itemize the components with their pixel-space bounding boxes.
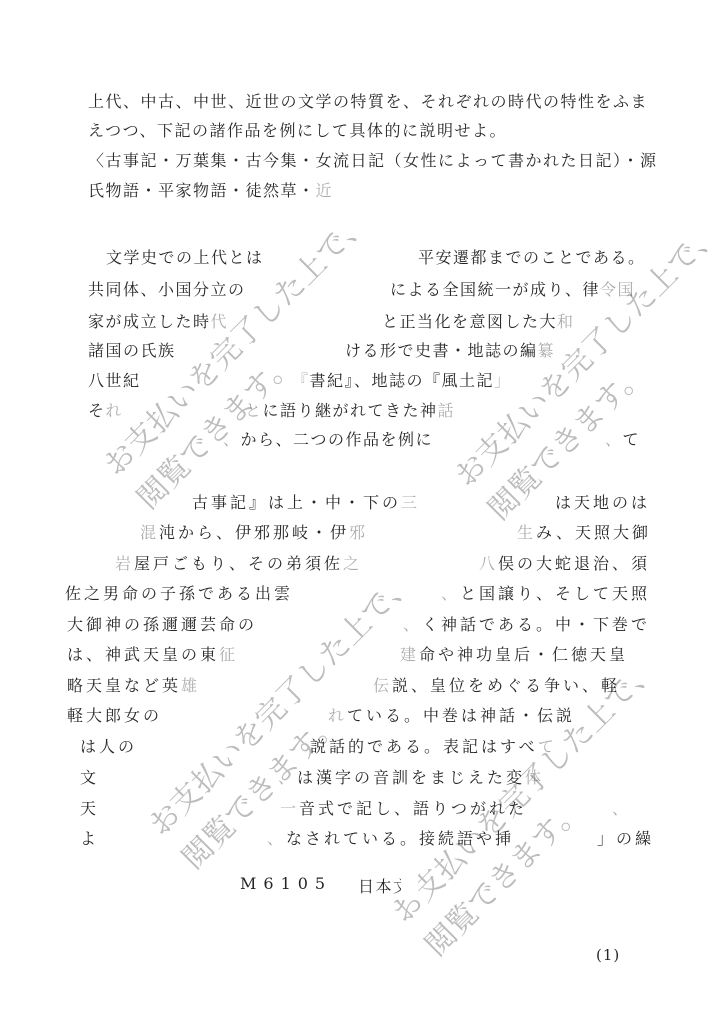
text: 家が成立した時	[88, 312, 211, 331]
text: 佐之男命の子孫である出雲	[65, 584, 293, 603]
text: 文学史での上代とは	[106, 248, 264, 267]
ghost-text: 、	[267, 829, 286, 848]
text: 軽大郎女の	[67, 706, 162, 725]
ghost-text: 三	[401, 493, 420, 512]
ghost-text: 邪	[349, 523, 368, 542]
text: 〈古事記・万葉集・古今集・女流日記（女性によって書かれた日記）・源	[88, 151, 658, 170]
ghost-text: 雄	[181, 676, 200, 695]
ghost-text: 、	[612, 799, 631, 818]
ghost-text: 体	[525, 768, 544, 787]
text: は漢字の音訓をまじえた変	[297, 768, 525, 787]
text: く神話である。中・下巻で	[422, 615, 650, 634]
text: は人の	[80, 737, 137, 756]
text-fragment: 生み、天照大御	[517, 520, 651, 543]
text-fragment: と正当化を意図した大和	[382, 309, 575, 332]
text-fragment: えつつ、下記の諸作品を例にして具体的に説明せよ。	[88, 118, 507, 141]
ghost-text: 伝	[373, 676, 392, 695]
text-fragment: れている。中巻は神話・伝説	[328, 703, 575, 726]
text-fragment: 、く神話である。中・下巻で	[403, 612, 650, 635]
ghost-text: て	[538, 737, 557, 756]
text: 屋戸ごもり、その弟須佐	[134, 554, 343, 573]
text-fragment: 軽大郎女の	[67, 703, 162, 726]
text-fragment: 氏物語・平家物語・徒然草・近	[88, 178, 333, 201]
text-fragment: 文	[80, 765, 99, 788]
text: に語り継がれてきた神	[263, 401, 438, 420]
text: 氏物語・平家物語・徒然草・	[88, 181, 316, 200]
text-fragment: 、て	[605, 427, 640, 450]
text: み、天照大御	[536, 523, 651, 542]
ghost-text: 混	[140, 523, 159, 542]
text-fragment: 、は漢字の音訓をまじえた変体	[278, 765, 544, 788]
text-fragment: 建命や神功皇后・仁徳天皇	[400, 642, 628, 665]
ghost-text: 岩	[115, 554, 134, 573]
text: 」の繰	[597, 829, 654, 848]
text-fragment: 共同体、小国分立の	[88, 277, 246, 300]
text: 上代、中古、中世、近世の文学の特質を、それぞれの時代の特性をふま	[88, 92, 648, 111]
text-fragment: 説話的である。表記はすべて	[310, 734, 557, 757]
text-fragment: ける形で史書・地誌の編纂	[345, 338, 555, 361]
text: は、神武天皇の東	[67, 645, 219, 664]
text: から、二つの作品を例に	[241, 430, 434, 449]
text-fragment: による全国統一が成り、律令国	[390, 277, 635, 300]
text: ける形で史書・地誌の編	[345, 341, 538, 360]
text-fragment: 家が成立した時代	[88, 309, 228, 332]
text-fragment: 、と国譲り、そして天照	[441, 581, 650, 604]
text: と国譲り、そして天照	[460, 584, 650, 603]
ghost-text: と	[245, 401, 263, 420]
text-fragment: 略天皇など英雄	[67, 673, 200, 696]
ghost-text: 、	[223, 430, 241, 449]
text: 共同体、小国分立の	[88, 280, 246, 299]
text-fragment: 平安遷都までのことである。	[418, 245, 646, 268]
document-page: お支払いを完了した上で、 閲覧できます。 お支払いを完了した上で、 閲覧できます…	[0, 0, 724, 1024]
text-fragment: 伝説、皇位をめぐる争い、軽	[373, 673, 620, 696]
ghost-text: 、	[403, 615, 422, 634]
text-fragment: 大御神の孫邇邇芸命の	[67, 612, 257, 635]
text: 略天皇など英	[67, 676, 181, 695]
ghost-text: 建	[400, 645, 419, 664]
text-fragment: 〈古事記・万葉集・古今集・女流日記（女性によって書かれた日記）・源	[88, 148, 658, 171]
ghost-text: 代	[211, 312, 229, 331]
text-fragment: 天	[80, 796, 99, 819]
text-fragment: 八俣の大蛇退治、須	[479, 551, 650, 574]
text-fragment: は人の	[80, 734, 137, 757]
ghost-text: 纂	[538, 341, 556, 360]
text: 古事記』は上・中・下の	[192, 493, 401, 512]
text: よ	[80, 829, 99, 848]
ghost-text: 之	[343, 554, 362, 573]
text: 音式で記し、語りつがれた	[299, 799, 527, 818]
text: て	[623, 430, 641, 449]
text-fragment: 諸国の氏族	[88, 338, 176, 361]
text-fragment: 」の繰	[597, 826, 654, 849]
text-fragment: 『書紀』、地誌の『風土記」	[292, 368, 512, 391]
text: 天	[80, 799, 99, 818]
ghost-text: 話	[438, 401, 456, 420]
text-fragment: は天地のは	[555, 490, 650, 513]
text-fragment: 混沌から、伊邪那岐・伊邪	[140, 520, 368, 543]
ghost-text: 、	[278, 768, 297, 787]
ghost-text: 近	[316, 181, 334, 200]
text-fragment: よ	[80, 826, 99, 849]
page-number: (1)	[596, 946, 620, 964]
text: は天地のは	[555, 493, 650, 512]
text-fragment: それ	[88, 398, 123, 421]
ghost-text: 征	[219, 645, 238, 664]
text-fragment: は、神武天皇の東征	[67, 642, 238, 665]
text: 俣の大蛇退治、須	[498, 554, 650, 573]
text: 沌から、伊邪那岐・伊	[159, 523, 349, 542]
text-fragment: 文学史での上代とは	[106, 245, 264, 268]
ghost-text: 、	[605, 430, 623, 449]
document-code: M6105	[240, 874, 332, 893]
scanned-text-layer: 上代、中古、中世、近世の文学の特質を、それぞれの時代の特性をふまえつつ、下記の諸…	[0, 0, 724, 1024]
ghost-text: 生	[517, 523, 536, 542]
ghost-text: れ	[106, 401, 124, 420]
ghost-text: 」	[494, 371, 512, 390]
text: えつつ、下記の諸作品を例にして具体的に説明せよ。	[88, 121, 507, 140]
ghost-text: 一	[280, 799, 299, 818]
text-fragment: とに語り継がれてきた神話	[245, 398, 455, 421]
text: 大御神の孫邇邇芸命の	[67, 615, 257, 634]
text: 諸国の氏族	[88, 341, 176, 360]
ghost-text: 令国	[600, 280, 635, 299]
ghost-text: 、	[441, 584, 460, 603]
text-fragment: 古事記』は上・中・下の三	[192, 490, 420, 513]
text: による全国統一が成り、律	[390, 280, 600, 299]
ghost-text: れ	[328, 706, 347, 725]
text-fragment: 佐之男命の子孫である出雲	[65, 581, 293, 604]
text-fragment: 、なされている。接続語や挿	[267, 826, 514, 849]
text: なされている。接続語や挿	[286, 829, 514, 848]
text: 説話的である。表記はすべ	[310, 737, 538, 756]
text: 文	[80, 768, 99, 787]
text-fragment: 一音式で記し、語りつがれた	[280, 796, 527, 819]
ghost-text: 和	[557, 312, 575, 331]
text: と正当化を意図した大	[382, 312, 557, 331]
text-fragment: 八世紀	[88, 368, 141, 391]
ghost-text: 『	[292, 371, 310, 390]
text: ている。中巻は神話・伝説	[347, 706, 575, 725]
text: そ	[88, 401, 106, 420]
paywall-mask	[401, 870, 418, 900]
text: 八世紀	[88, 371, 141, 390]
text-fragment: 、から、二つの作品を例に	[223, 427, 433, 450]
text: 書紀』、地誌の『風土記	[310, 371, 495, 390]
text-fragment: 、	[612, 796, 631, 819]
ghost-text: 八	[479, 554, 498, 573]
text: 平安遷都までのことである。	[418, 248, 646, 267]
text-fragment: 岩屋戸ごもり、その弟須佐之	[115, 551, 362, 574]
text: 命や神功皇后・仁徳天皇	[419, 645, 628, 664]
text: 説、皇位をめぐる争い、軽	[392, 676, 620, 695]
text-fragment: 上代、中古、中世、近世の文学の特質を、それぞれの時代の特性をふま	[88, 89, 648, 112]
